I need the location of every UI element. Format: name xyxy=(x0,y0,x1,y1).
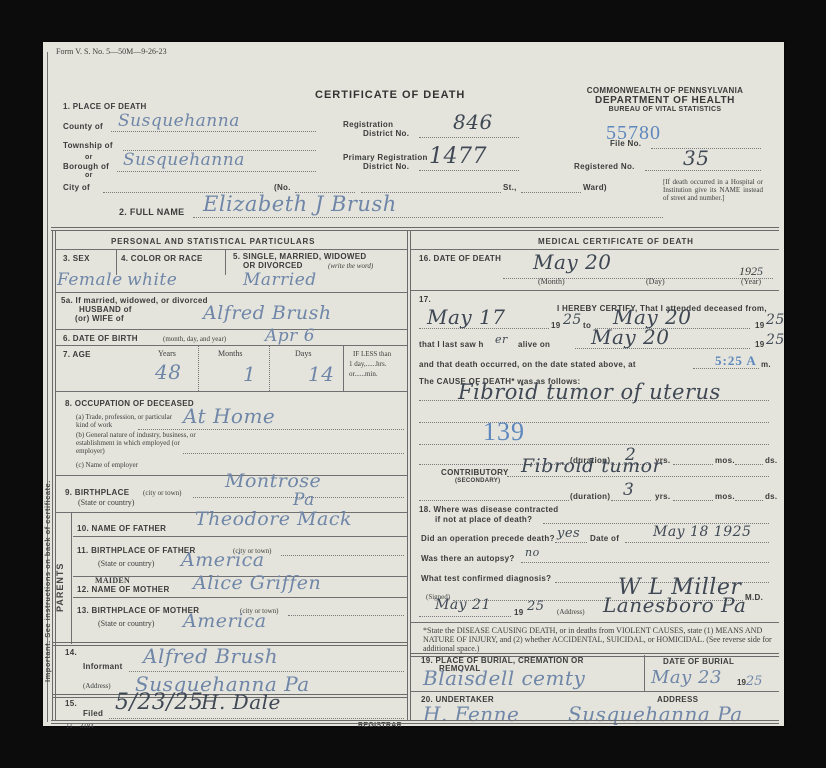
county-value: Susquehanna xyxy=(118,111,240,131)
issuer-line1: COMMONWEALTH OF PENNSYLVANIA xyxy=(565,86,765,95)
filed-date-value: 5/23/25 xyxy=(115,690,203,715)
mother-birthplace-value: America xyxy=(183,610,267,632)
cause-of-death-value: Fibroid tumor of uterus xyxy=(458,380,721,404)
time-of-death-value: 5:25 A xyxy=(715,353,757,369)
physician-address-value: Lanesboro Pa xyxy=(603,593,746,617)
borough-label: Borough of xyxy=(63,162,109,171)
township-label: Township of xyxy=(63,141,113,150)
date-of-birth-value: Apr 6 xyxy=(265,326,315,346)
form-number: Form V. S. No. 5—50M—9-26-23 xyxy=(56,48,167,56)
death-certificate: Form V. S. No. 5—50M—9-26-23 CERTIFICATE… xyxy=(43,42,784,726)
full-name-value: Elizabeth J Brush xyxy=(203,192,397,216)
autopsy-value: no xyxy=(525,546,540,559)
place-of-death-heading: 1. PLACE OF DEATH xyxy=(63,102,147,111)
father-birthplace-value: America xyxy=(181,549,265,571)
marital-status-value: Married xyxy=(243,270,317,290)
operation-date-value: May 18 1925 xyxy=(653,524,751,540)
side-instructions-note: Important. See instructions on back of c… xyxy=(43,480,52,682)
registered-no-label: Registered No. xyxy=(574,162,635,171)
birthplace-state-value: Pa xyxy=(293,490,315,510)
cause-footnote: *State the DISEASE CAUSING DEATH, or in … xyxy=(423,626,775,653)
burial-year: 1925 xyxy=(737,674,762,689)
last-seen-alive-value: May 20 xyxy=(591,325,670,349)
personal-heading: PERSONAL AND STATISTICAL PARTICULARS xyxy=(111,237,315,246)
informant-value: Alfred Brush xyxy=(143,644,278,668)
file-no-label: File No. xyxy=(610,139,641,148)
operation-value: yes xyxy=(557,526,580,541)
sex-value: Female xyxy=(57,270,123,290)
hospital-note: [If death occurred in a Hospital or Inst… xyxy=(663,178,763,202)
death-year: 1925 xyxy=(739,264,763,279)
signed-date-value: May 21 xyxy=(435,597,491,613)
issuer-line2: DEPARTMENT OF HEALTH xyxy=(565,95,765,106)
attended-from-value: May 17 xyxy=(427,305,506,329)
medical-heading: MEDICAL CERTIFICATE OF DEATH xyxy=(538,237,694,246)
race-value: white xyxy=(127,270,177,290)
date-of-death-value: May 20 xyxy=(533,250,612,274)
spouse-value: Alfred Brush xyxy=(203,302,332,324)
birthplace-city-value: Montrose xyxy=(225,470,321,492)
borough-value: Susquehanna xyxy=(123,150,245,170)
full-name-label: 2. FULL NAME xyxy=(119,207,184,217)
county-label: County of xyxy=(63,122,103,131)
parents-side-label: PARENTS xyxy=(55,563,65,612)
father-name-value: Theodore Mack xyxy=(195,508,352,530)
registered-no-value: 35 xyxy=(683,146,709,170)
primary-registration-value: 1477 xyxy=(429,144,487,169)
age-years-value: 48 xyxy=(155,360,181,384)
issuer-block: COMMONWEALTH OF PENNSYLVANIA DEPARTMENT … xyxy=(565,86,765,113)
occupation-value: At Home xyxy=(183,404,275,428)
mother-name-value: Alice Griffen xyxy=(193,572,321,594)
cause-code-value: 139 xyxy=(483,417,525,447)
city-label: City of xyxy=(63,183,90,192)
certificate-title: CERTIFICATE OF DEATH xyxy=(315,89,465,101)
registration-district-value: 846 xyxy=(453,110,493,134)
age-days-value: 14 xyxy=(308,362,334,386)
registrar-signature: H. Dale xyxy=(201,690,281,714)
age-months-value: 1 xyxy=(243,362,256,386)
burial-place-value: Blaisdell cemty xyxy=(423,666,585,690)
burial-date-value: May 23 xyxy=(651,667,722,688)
issuer-line3: BUREAU OF VITAL STATISTICS xyxy=(565,106,765,113)
contributory-cause-value: Fibroid tumor xyxy=(521,455,662,477)
